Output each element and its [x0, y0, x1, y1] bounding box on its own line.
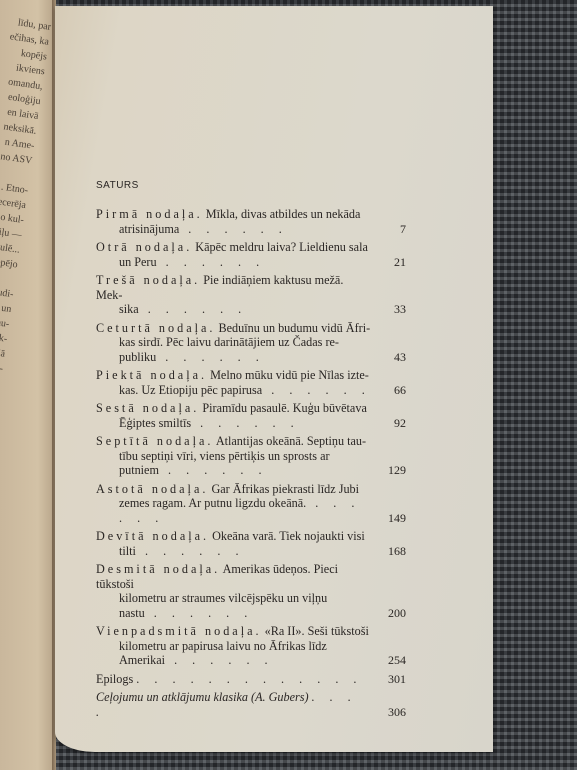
chapter-title: Kāpēc meldru laiva? Lieldienu sala [195, 240, 368, 254]
toc-entry[interactable]: Septītā nodaļa. Atlantijas okeānā. Septi… [96, 434, 406, 478]
chapter-label: Ceturtā nodaļa. [96, 321, 215, 335]
chapter-title-continued: publiku . . . . . . [96, 350, 372, 365]
toc-entry[interactable]: Vienpadsmitā nodaļa. «Ra II». Seši tūkst… [96, 624, 406, 668]
chapter-title: Piramīdu pasaulē. Kuģu būvētava [202, 401, 367, 415]
chapter-label: Septītā nodaļa. [96, 434, 213, 448]
toc-entry[interactable]: Devītā nodaļa. Okeāna varā. Tiek nojaukt… [96, 529, 406, 558]
chapter-label: Otrā nodaļa. [96, 240, 192, 254]
chapter-title-continued: kas. Uz Etiopiju pēc papirusa . . . . . … [96, 383, 372, 398]
chapter-label: Desmitā nodaļa. [96, 562, 220, 576]
toc-entry-epilogue[interactable]: Epilogs . . . . . . . . . . . . . 301 [96, 672, 406, 687]
chapter-title-continued: tību septiņi vīri, viens pērtiķis un spr… [96, 449, 372, 464]
toc-entry[interactable]: Ceturtā nodaļa. Beduīnu un budumu vidū Ā… [96, 321, 406, 365]
toc-entry[interactable]: Pirmā nodaļa. Mīkla, divas atbildes un n… [96, 207, 406, 236]
page-number: 149 [388, 511, 406, 526]
left-page-text: līdu, par ečihas, ka kopējs ikviens oman… [0, 13, 52, 629]
page-number: 254 [388, 653, 406, 668]
chapter-label: Sestā nodaļa. [96, 401, 199, 415]
page-number: 92 [394, 416, 406, 431]
toc-entry[interactable]: Trešā nodaļa. Pie indiāņiem kaktusu mežā… [96, 273, 406, 317]
toc-entry-afterword[interactable]: Ceļojumu un atklājumu klasika (A. Gubers… [96, 690, 406, 719]
toc-entry[interactable]: Sestā nodaļa. Piramīdu pasaulē. Kuģu būv… [96, 401, 406, 430]
chapter-title-continued: un Peru . . . . . . [96, 255, 372, 270]
chapter-title: «Ra II». Seši tūkstoši [265, 624, 369, 638]
toc-entry[interactable]: Astotā nodaļa. Gar Āfrikas piekrasti līd… [96, 482, 406, 526]
chapter-title-continued: Ēģiptes smiltīs . . . . . . [96, 416, 372, 431]
page-number: 129 [388, 463, 406, 478]
page-number: 33 [394, 302, 406, 317]
chapter-title-continued: nastu . . . . . . [96, 606, 372, 621]
chapter-title: Atlantijas okeānā. Septiņu tau- [216, 434, 366, 448]
toc-title: SATURS [96, 180, 406, 191]
afterword-label: Ceļojumu un atklājumu klasika (A. Gubers… [96, 690, 309, 704]
chapter-title-continued: kas sirdī. Pēc laivu darinātājiem uz Čad… [96, 335, 372, 350]
chapter-title-continued: tilti . . . . . . [96, 544, 372, 559]
page-number: 43 [394, 350, 406, 365]
chapter-label: Astotā nodaļa. [96, 482, 208, 496]
page-number: 200 [388, 606, 406, 621]
chapter-title-continued: kilometru ar papirusa laivu no Āfrikas l… [96, 639, 372, 654]
chapter-title: Mīkla, divas atbildes un nekāda [206, 207, 361, 221]
table-of-contents: SATURS Pirmā nodaļa. Mīkla, divas atbild… [96, 180, 406, 723]
epilogue-label: Epilogs [96, 672, 133, 686]
chapter-title-continued: zemes ragam. Ar putnu ligzdu okeānā. . .… [96, 496, 372, 525]
chapter-title: Beduīnu un budumu vidū Āfri- [219, 321, 371, 335]
chapter-title-continued: Amerikai . . . . . . [96, 653, 372, 668]
chapter-title-continued: atrisinājuma . . . . . . [96, 222, 372, 237]
chapter-title-continued: putniem . . . . . . [96, 463, 372, 478]
chapter-label: Piektā nodaļa. [96, 368, 207, 382]
chapter-label: Trešā nodaļa. [96, 273, 200, 287]
toc-entry[interactable]: Otrā nodaļa. Kāpēc meldru laiva? Lieldie… [96, 240, 406, 269]
chapter-title-continued: sika . . . . . . [96, 302, 372, 317]
toc-entry[interactable]: Piektā nodaļa. Melno mūku vidū pie Nīlas… [96, 368, 406, 397]
chapter-title: Gar Āfrikas piekrasti līdz Jubi [211, 482, 359, 496]
page-number: 301 [388, 672, 406, 687]
chapter-title: Okeāna varā. Tiek nojaukti visi [212, 529, 365, 543]
page-number: 21 [394, 255, 406, 270]
page-number: 7 [400, 222, 406, 237]
page-number: 168 [388, 544, 406, 559]
chapter-title: Melno mūku vidū pie Nīlas izte- [210, 368, 369, 382]
left-page: līdu, par ečihas, ka kopējs ikviens oman… [0, 0, 54, 770]
page-number: 306 [388, 705, 406, 720]
chapter-label: Vienpadsmitā nodaļa. [96, 624, 262, 638]
chapter-label: Pirmā nodaļa. [96, 207, 203, 221]
chapter-label: Devītā nodaļa. [96, 529, 209, 543]
chapter-title-continued: kilometru ar straumes vilcējspēku un viļ… [96, 591, 372, 606]
page-number: 66 [394, 383, 406, 398]
toc-entry[interactable]: Desmitā nodaļa. Amerikas ūdeņos. Pieci t… [96, 562, 406, 620]
